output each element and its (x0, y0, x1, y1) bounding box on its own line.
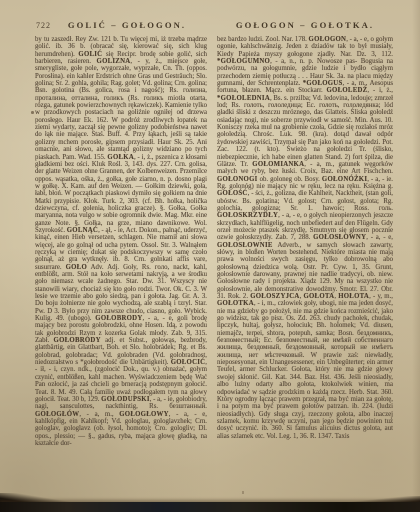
running-head-left: GOLIĆ – GOŁOGON. (52, 20, 202, 30)
scanned-dictionary-page: 722 GOLIĆ – GOŁOGON. GOŁOGON – GOŁOTKA. … (0, 0, 420, 512)
scan-edge-bottom (0, 502, 420, 512)
text-column-right: bez bardzo ludzi. Zool. Nar. 178. GOŁOGO… (217, 36, 393, 486)
page-number: 722 (36, 21, 51, 30)
running-head-right: GOŁOGON – GOŁOTKA. (214, 20, 396, 30)
text-column-left: by tu zaszedł. Rey Zw. 121 b. Tu więcej … (35, 36, 207, 486)
signature-mark (242, 491, 244, 494)
page-gutter-shading (412, 0, 420, 512)
margin-dot-mark (31, 111, 34, 114)
